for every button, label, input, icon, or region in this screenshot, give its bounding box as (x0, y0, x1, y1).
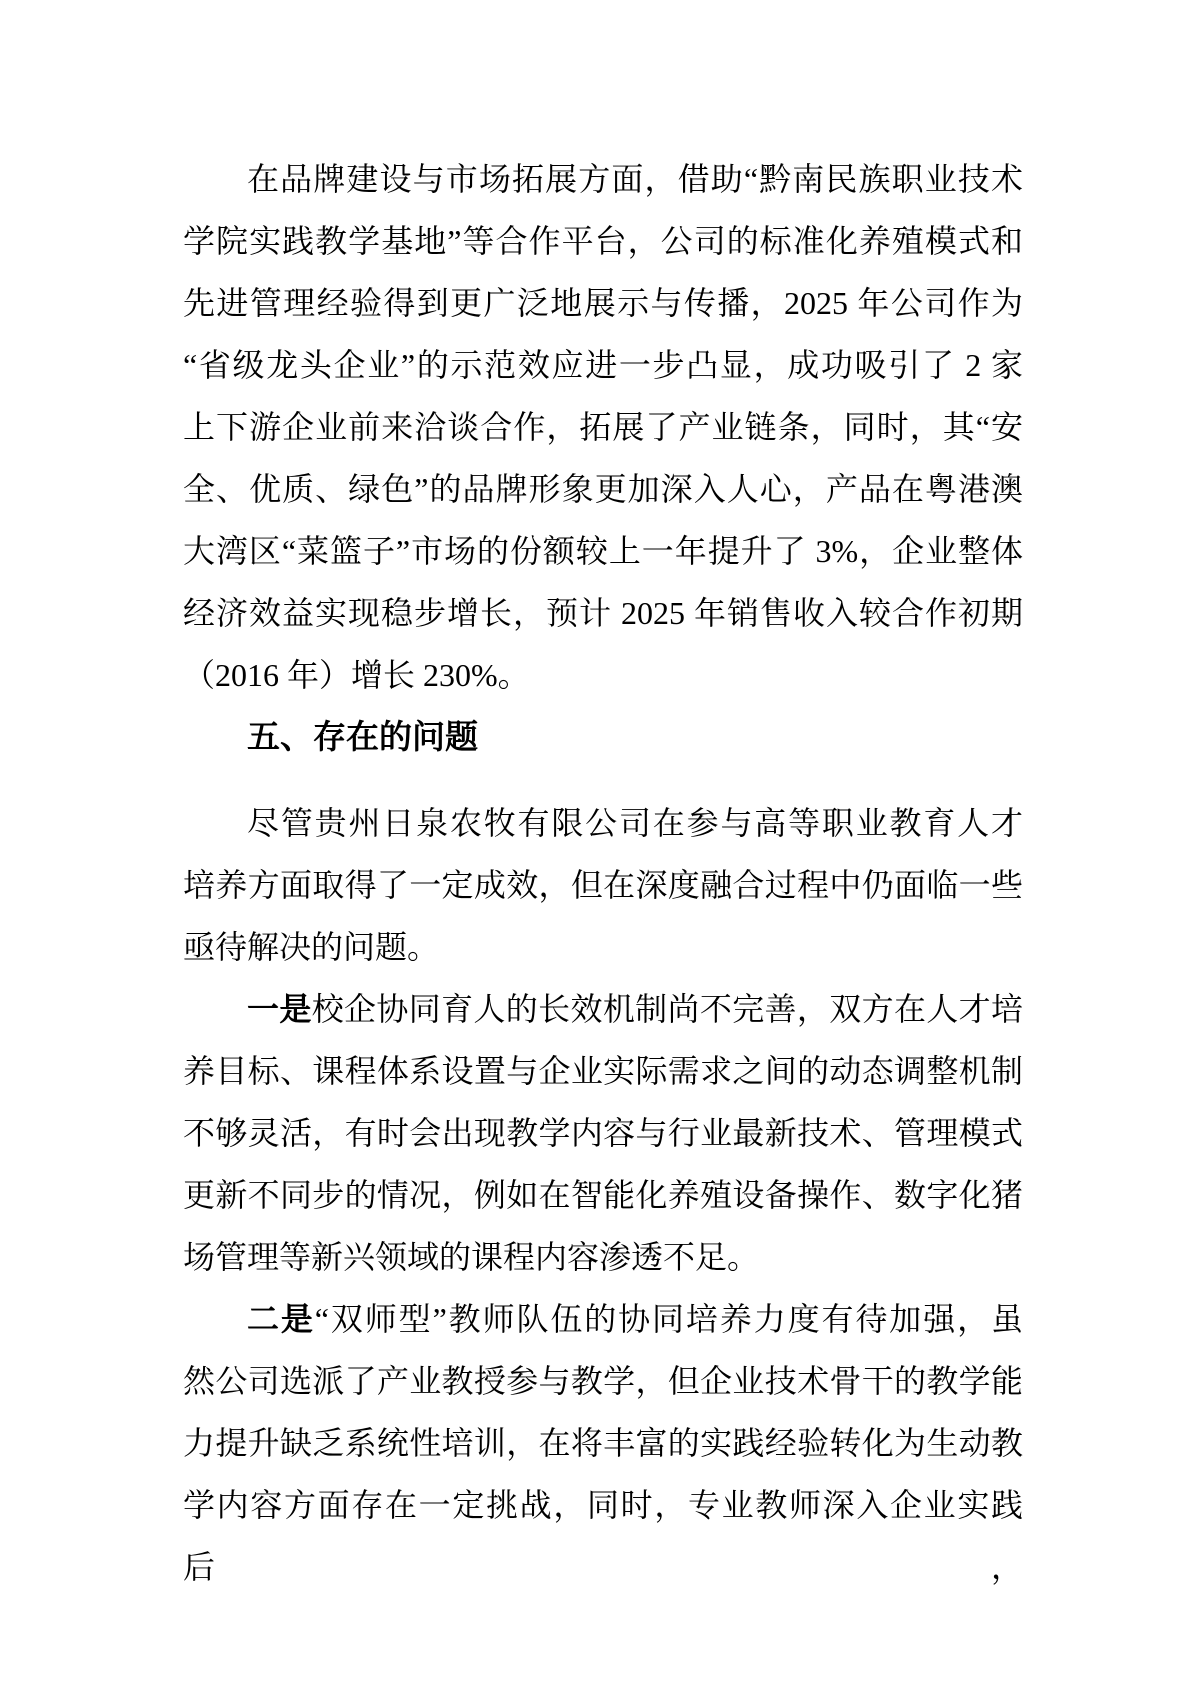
text-line: 一是校企协同育人的长效机制尚不完善，双方在人才培 (183, 978, 1023, 1040)
text-line: 大湾区“菜篮子”市场的份额较上一年提升了 3%，企业整体 (183, 520, 1023, 582)
text-run: 校企协同育人的长效机制尚不完善，双方在人才培 (312, 991, 1023, 1027)
text-line: 全、优质、绿色”的品牌形象更加深入人心，产品在粤港澳 (183, 458, 1023, 520)
text-line: 场管理等新兴领域的课程内容渗透不足。 (183, 1226, 1023, 1288)
text-line: 亟待解决的问题。 (183, 916, 1023, 978)
bold-lead-label: 二是 (247, 1301, 315, 1337)
paragraph-intro-problems: 尽管贵州日泉农牧有限公司在参与高等职业教育人才 培养方面取得了一定成效，但在深度… (183, 792, 1023, 978)
paragraph-problem-two: 二是“双师型”教师队伍的协同培养力度有待加强，虽 然公司选派了产业教授参与教学，… (183, 1288, 1023, 1536)
text-line: 不够灵活，有时会出现教学内容与行业最新技术、管理模式 (183, 1102, 1023, 1164)
bold-lead-label: 一是 (247, 991, 312, 1027)
text-line: 更新不同步的情况，例如在智能化养殖设备操作、数字化猪 (183, 1164, 1023, 1226)
text-line: 力提升缺乏系统性培训，在将丰富的实践经验转化为生动教 (183, 1412, 1023, 1474)
text-line: 尽管贵州日泉农牧有限公司在参与高等职业教育人才 (183, 792, 1023, 854)
text-line: 学内容方面存在一定挑战，同时，专业教师深入企业实践后， (183, 1474, 1023, 1536)
document-page: 在品牌建设与市场拓展方面，借助“黔南民族职业技术 学院实践教学基地”等合作平台，… (0, 0, 1191, 1684)
text-line: 上下游企业前来洽谈合作，拓展了产业链条，同时，其“安 (183, 396, 1023, 458)
text-line: 学院实践教学基地”等合作平台，公司的标准化养殖模式和 (183, 210, 1023, 272)
text-line: 养目标、课程体系设置与企业实际需求之间的动态调整机制 (183, 1040, 1023, 1102)
text-line: 二是“双师型”教师队伍的协同培养力度有待加强，虽 (183, 1288, 1023, 1350)
paragraph-brand-market: 在品牌建设与市场拓展方面，借助“黔南民族职业技术 学院实践教学基地”等合作平台，… (183, 148, 1023, 706)
text-line: 先进管理经验得到更广泛地展示与传播，2025 年公司作为 (183, 272, 1023, 334)
text-line: “省级龙头企业”的示范效应进一步凸显，成功吸引了 2 家 (183, 334, 1023, 396)
text-run: “双师型”教师队伍的协同培养力度有待加强，虽 (315, 1301, 1023, 1337)
text-line: 然公司选派了产业教授参与教学，但企业技术骨干的教学能 (183, 1350, 1023, 1412)
text-line: 在品牌建设与市场拓展方面，借助“黔南民族职业技术 (183, 148, 1023, 210)
section-heading-problems: 五、存在的问题 (183, 706, 1023, 768)
text-line: 经济效益实现稳步增长，预计 2025 年销售收入较合作初期 (183, 582, 1023, 644)
text-line: （2016 年）增长 230%。 (183, 644, 1023, 706)
text-line: 培养方面取得了一定成效，但在深度融合过程中仍面临一些 (183, 854, 1023, 916)
paragraph-problem-one: 一是校企协同育人的长效机制尚不完善，双方在人才培 养目标、课程体系设置与企业实际… (183, 978, 1023, 1288)
